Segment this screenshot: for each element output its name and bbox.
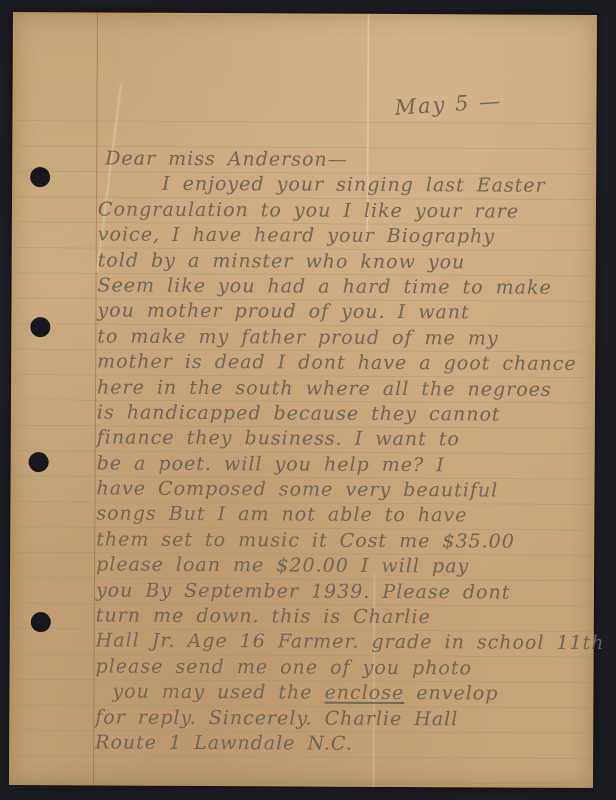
punch-hole bbox=[29, 452, 49, 472]
letter-line: turn me down. this is Charlie bbox=[96, 603, 592, 631]
letter-line: Hall Jr. Age 16 Farmer. grade in school … bbox=[96, 629, 592, 657]
letter-line: finance they business. I want to bbox=[97, 426, 593, 454]
letter-line: please send me one of you photo bbox=[96, 654, 592, 682]
date-line: May 5 — bbox=[394, 89, 503, 120]
letter-line: them set to music it Cost me $35.00 bbox=[96, 527, 592, 555]
letter-line: be a poet. will you help me? I bbox=[97, 451, 593, 479]
punch-hole bbox=[30, 167, 50, 187]
letter-line: here in the south where all the negroes bbox=[97, 375, 593, 403]
letter-line: songs But I am not able to have bbox=[96, 502, 592, 530]
address-line: Route 1 Lawndale N.C. bbox=[95, 730, 591, 758]
punch-hole bbox=[30, 317, 50, 337]
letter-line: voice, I have heard your Biography bbox=[98, 223, 594, 251]
letter-line-segment: envelop bbox=[404, 682, 498, 704]
letter-line: please loan me $20.00 I will pay bbox=[96, 553, 592, 581]
letter-body: Dear miss Anderson— I enjoyed your singi… bbox=[95, 146, 594, 758]
letter-line: have Composed some very beautiful bbox=[96, 477, 592, 505]
letter-line: you mother proud of you. I want bbox=[97, 299, 593, 327]
punch-hole bbox=[31, 612, 51, 632]
letter-line: to make my father proud of me my bbox=[97, 324, 593, 352]
letter-line: Seem like you had a hard time to make bbox=[97, 273, 593, 301]
letter-line: I enjoyed your singing last Easter bbox=[162, 172, 594, 200]
letter-line: told by a minster who know you bbox=[98, 248, 594, 276]
signature-line: for reply. Sincerely. Charlie Hall bbox=[95, 705, 591, 733]
salutation-line: Dear miss Anderson— bbox=[105, 146, 594, 174]
letter-line-segment: you may used the bbox=[112, 681, 324, 704]
letter-line: you may used the enclose envelop bbox=[112, 680, 591, 708]
letter-line: mother is dead I dont have a goot chance bbox=[97, 350, 593, 378]
letter-line: is handicapped because they cannot bbox=[97, 400, 593, 428]
letter-sheet: May 5 — Dear miss Anderson— I enjoyed yo… bbox=[9, 12, 597, 788]
letter-line: you By September 1939. Please dont bbox=[96, 578, 592, 606]
underlined-word: enclose bbox=[325, 682, 405, 704]
letter-line: Congraulation to you I like your rare bbox=[98, 197, 594, 225]
photo-background: May 5 — Dear miss Anderson— I enjoyed yo… bbox=[0, 0, 616, 800]
